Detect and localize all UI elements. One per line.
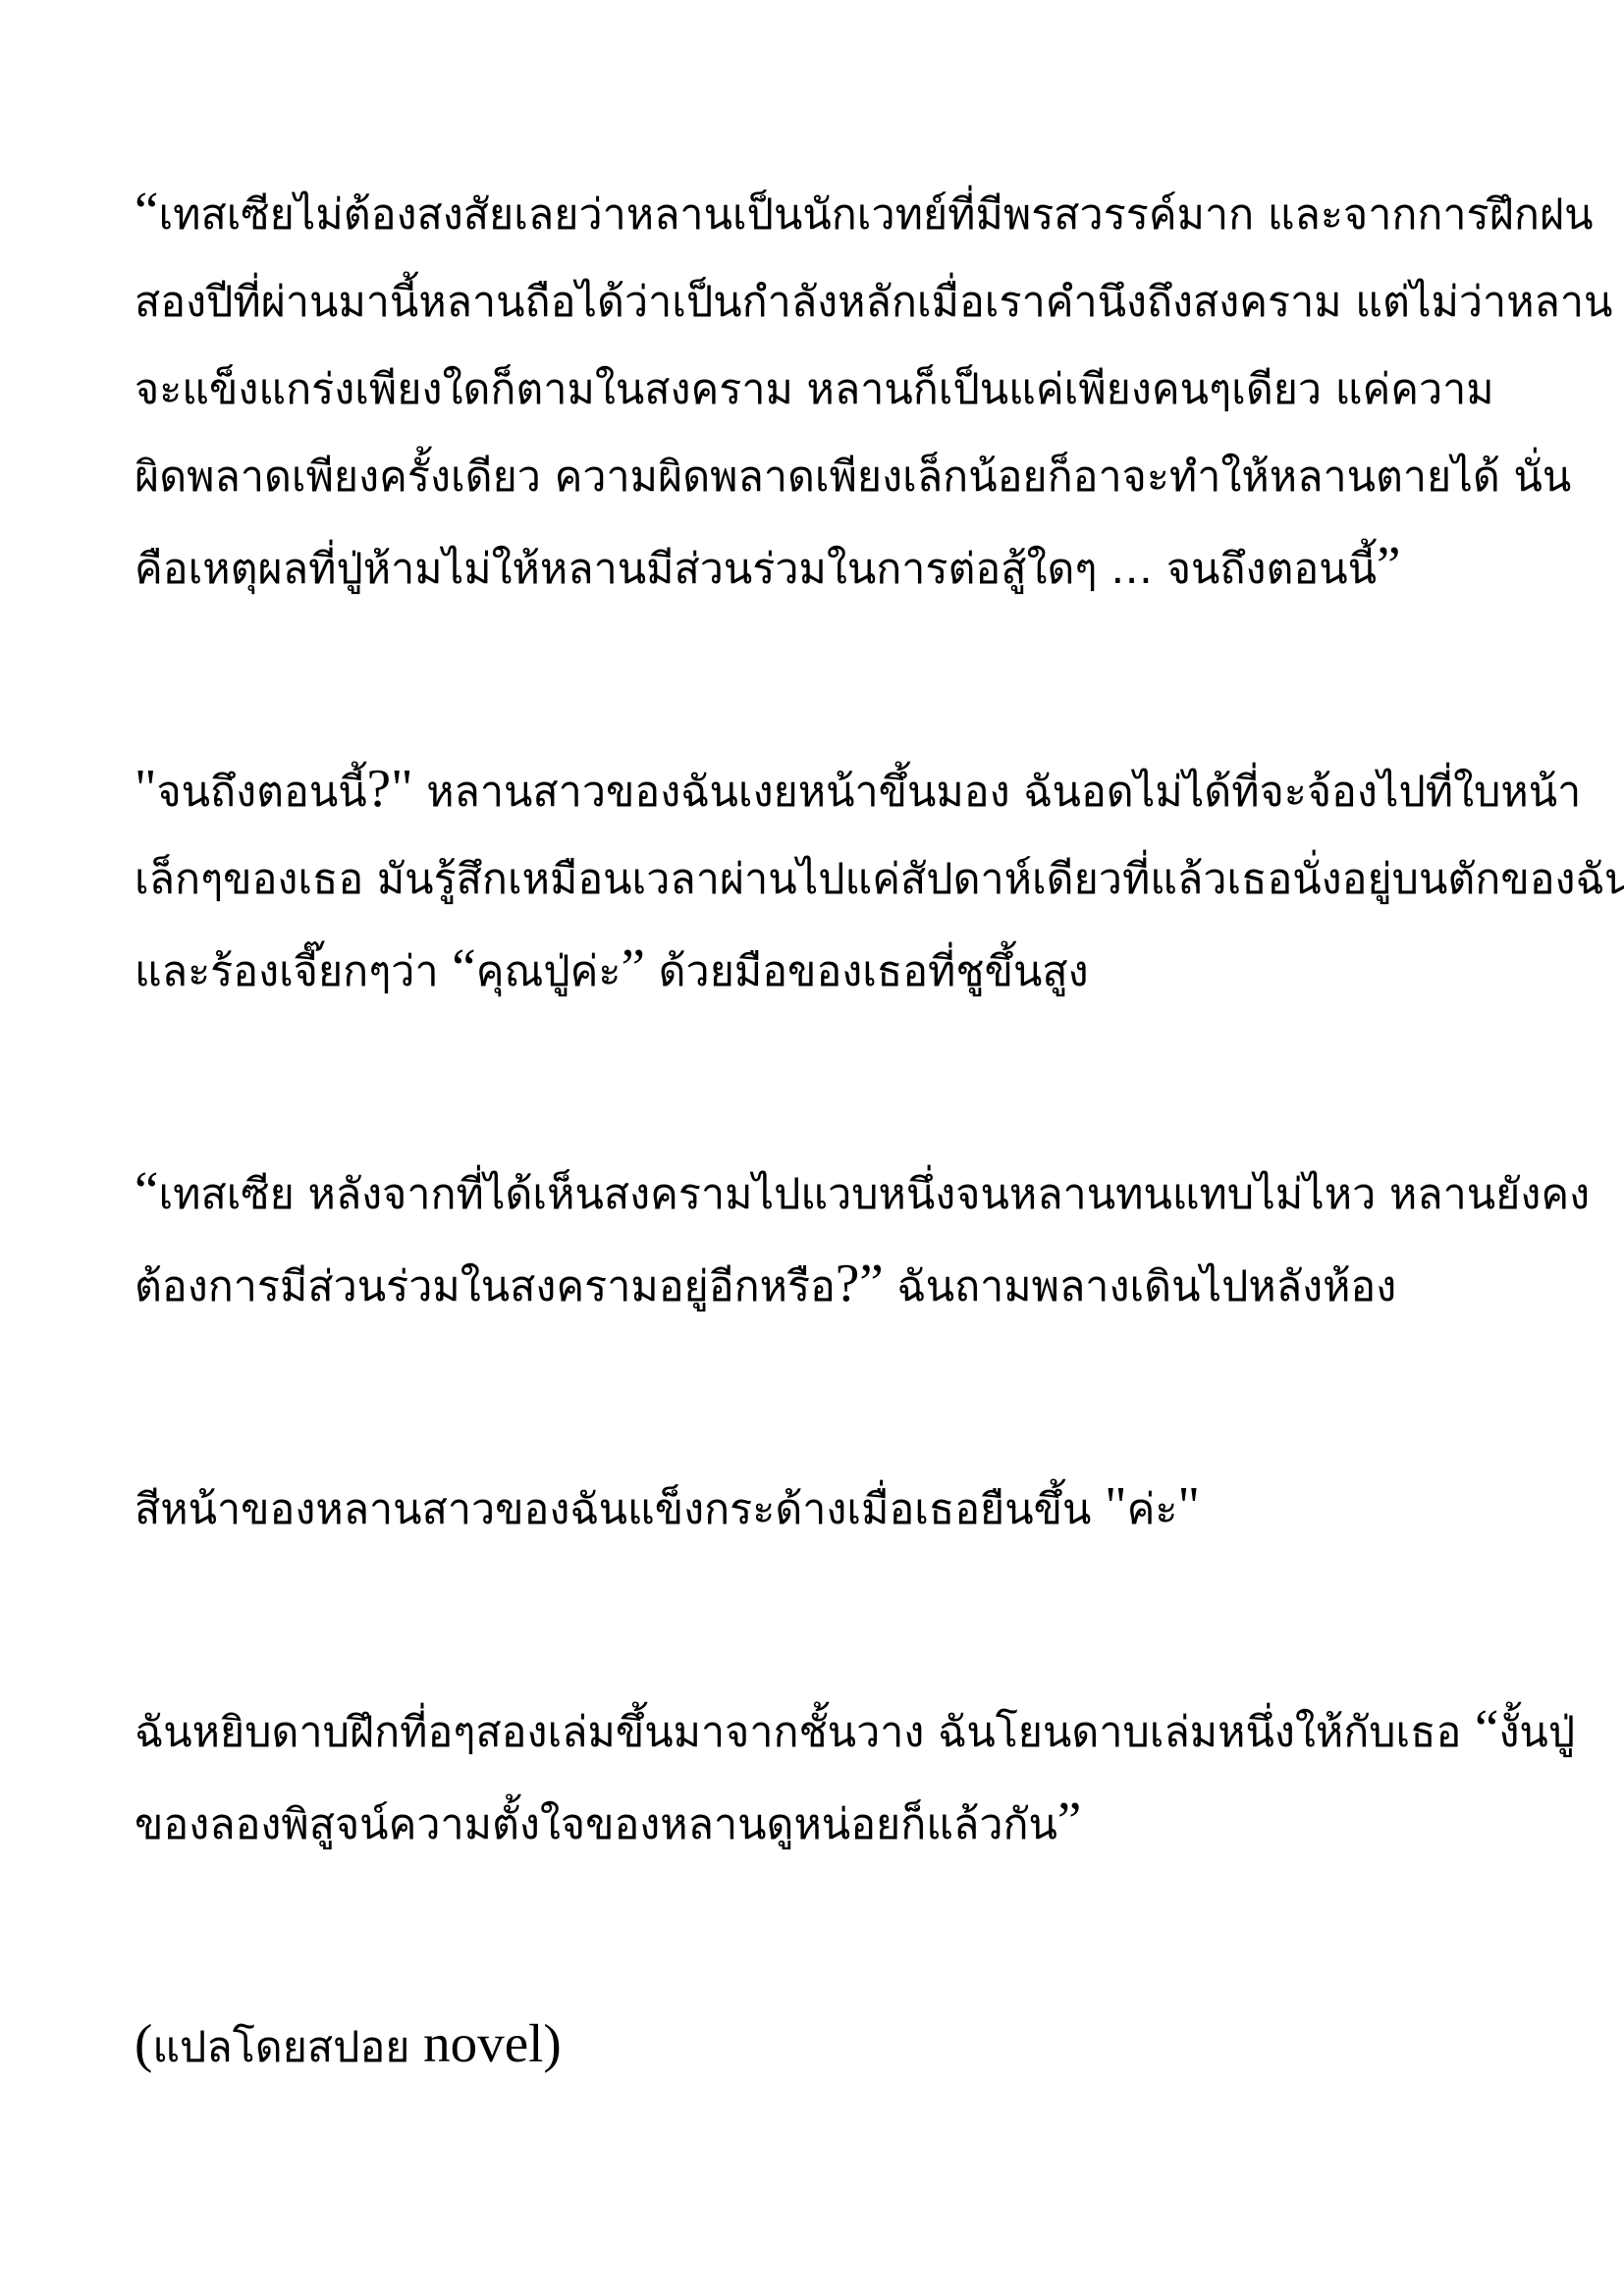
text-line: “เทสเซียไม่ต้องสงสัยเลยว่าหลานเป็นนักเวท… xyxy=(135,167,1500,259)
paragraph-1: “เทสเซียไม่ต้องสงสัยเลยว่าหลานเป็นนักเวท… xyxy=(135,167,1500,614)
text-line: คือเหตุผลที่ปู่ห้ามไม่ให้หลานมีส่วนร่วมใ… xyxy=(135,521,1500,614)
document-page: “เทสเซียไม่ต้องสงสัยเลยว่าหลานเป็นนักเวท… xyxy=(0,0,1624,2296)
latin-text: ” xyxy=(1057,1790,1081,1850)
document-body: “เทสเซียไม่ต้องสงสัยเลยว่าหลานเป็นนักเวท… xyxy=(135,167,1500,2222)
paragraph-6: (แปลโดยสปอย novel) xyxy=(135,2000,1500,2092)
paragraph-4: สีหน้าของหลานสาวของฉันแข็งกระด้างเมื่อเธ… xyxy=(135,1462,1500,1554)
text-line: ต้องการมีส่วนร่วมในสงครามอยู่อีกหรือ?” ฉ… xyxy=(135,1239,1500,1331)
text-line: ของลองพิสูจน์ความตั้งใจของหลานดูหน่อยก็แ… xyxy=(135,1777,1500,1869)
text-line: "จนถึงตอนนี้?" หลานสาวของฉันเงยหน้าขึ้นม… xyxy=(135,744,1500,836)
latin-text: “ xyxy=(135,181,158,240)
text-line: ฉันหยิบดาบฝึกที่อๆสองเล่มขึ้นมาจากชั้นวา… xyxy=(135,1684,1500,1777)
paragraph-2: "จนถึงตอนนี้?" หลานสาวของฉันเงยหน้าขึ้นม… xyxy=(135,744,1500,1016)
text-line: เล็กๆของเธอ มันรู้สึกเหมือนเวลาผ่านไปแค่… xyxy=(135,836,1500,924)
latin-text: ?" xyxy=(367,758,413,818)
text-line: จะแข็งแกร่งเพียงใดก็ตามในสงคราม หลานก็เป… xyxy=(135,347,1500,434)
text-line: “เทสเซีย หลังจากที่ได้เห็นสงครามไปแวบหนึ… xyxy=(135,1147,1500,1239)
text-line: ผิดพลาดเพียงครั้งเดียว ความผิดพลาดเพียงเ… xyxy=(135,434,1500,521)
latin-text: " xyxy=(1177,1475,1199,1535)
text-line: (แปลโดยสปอย novel) xyxy=(135,2000,1500,2092)
latin-text: “ xyxy=(452,937,475,997)
latin-text: ” xyxy=(622,937,645,997)
latin-text: ?” xyxy=(836,1253,884,1312)
latin-text: “ xyxy=(1475,1698,1498,1758)
latin-text: “ xyxy=(135,1160,158,1220)
latin-text: ( xyxy=(135,2013,152,2073)
paragraph-5: ฉันหยิบดาบฝึกที่อๆสองเล่มขึ้นมาจากชั้นวา… xyxy=(135,1684,1500,1869)
latin-text: " xyxy=(1105,1475,1126,1535)
latin-text: ” xyxy=(1377,535,1400,595)
text-line: และร้องเจี๊ยกๆว่า “คุณปู่ค่ะ” ด้วยมือของ… xyxy=(135,924,1500,1016)
latin-text: novel) xyxy=(423,2013,562,2073)
text-line: สองปีที่ผ่านมานี้หลานถือได้ว่าเป็นกำลังห… xyxy=(135,259,1500,347)
paragraph-3: “เทสเซีย หลังจากที่ได้เห็นสงครามไปแวบหนึ… xyxy=(135,1147,1500,1331)
text-line: สีหน้าของหลานสาวของฉันแข็งกระด้างเมื่อเธ… xyxy=(135,1462,1500,1554)
latin-text: " xyxy=(135,758,156,818)
